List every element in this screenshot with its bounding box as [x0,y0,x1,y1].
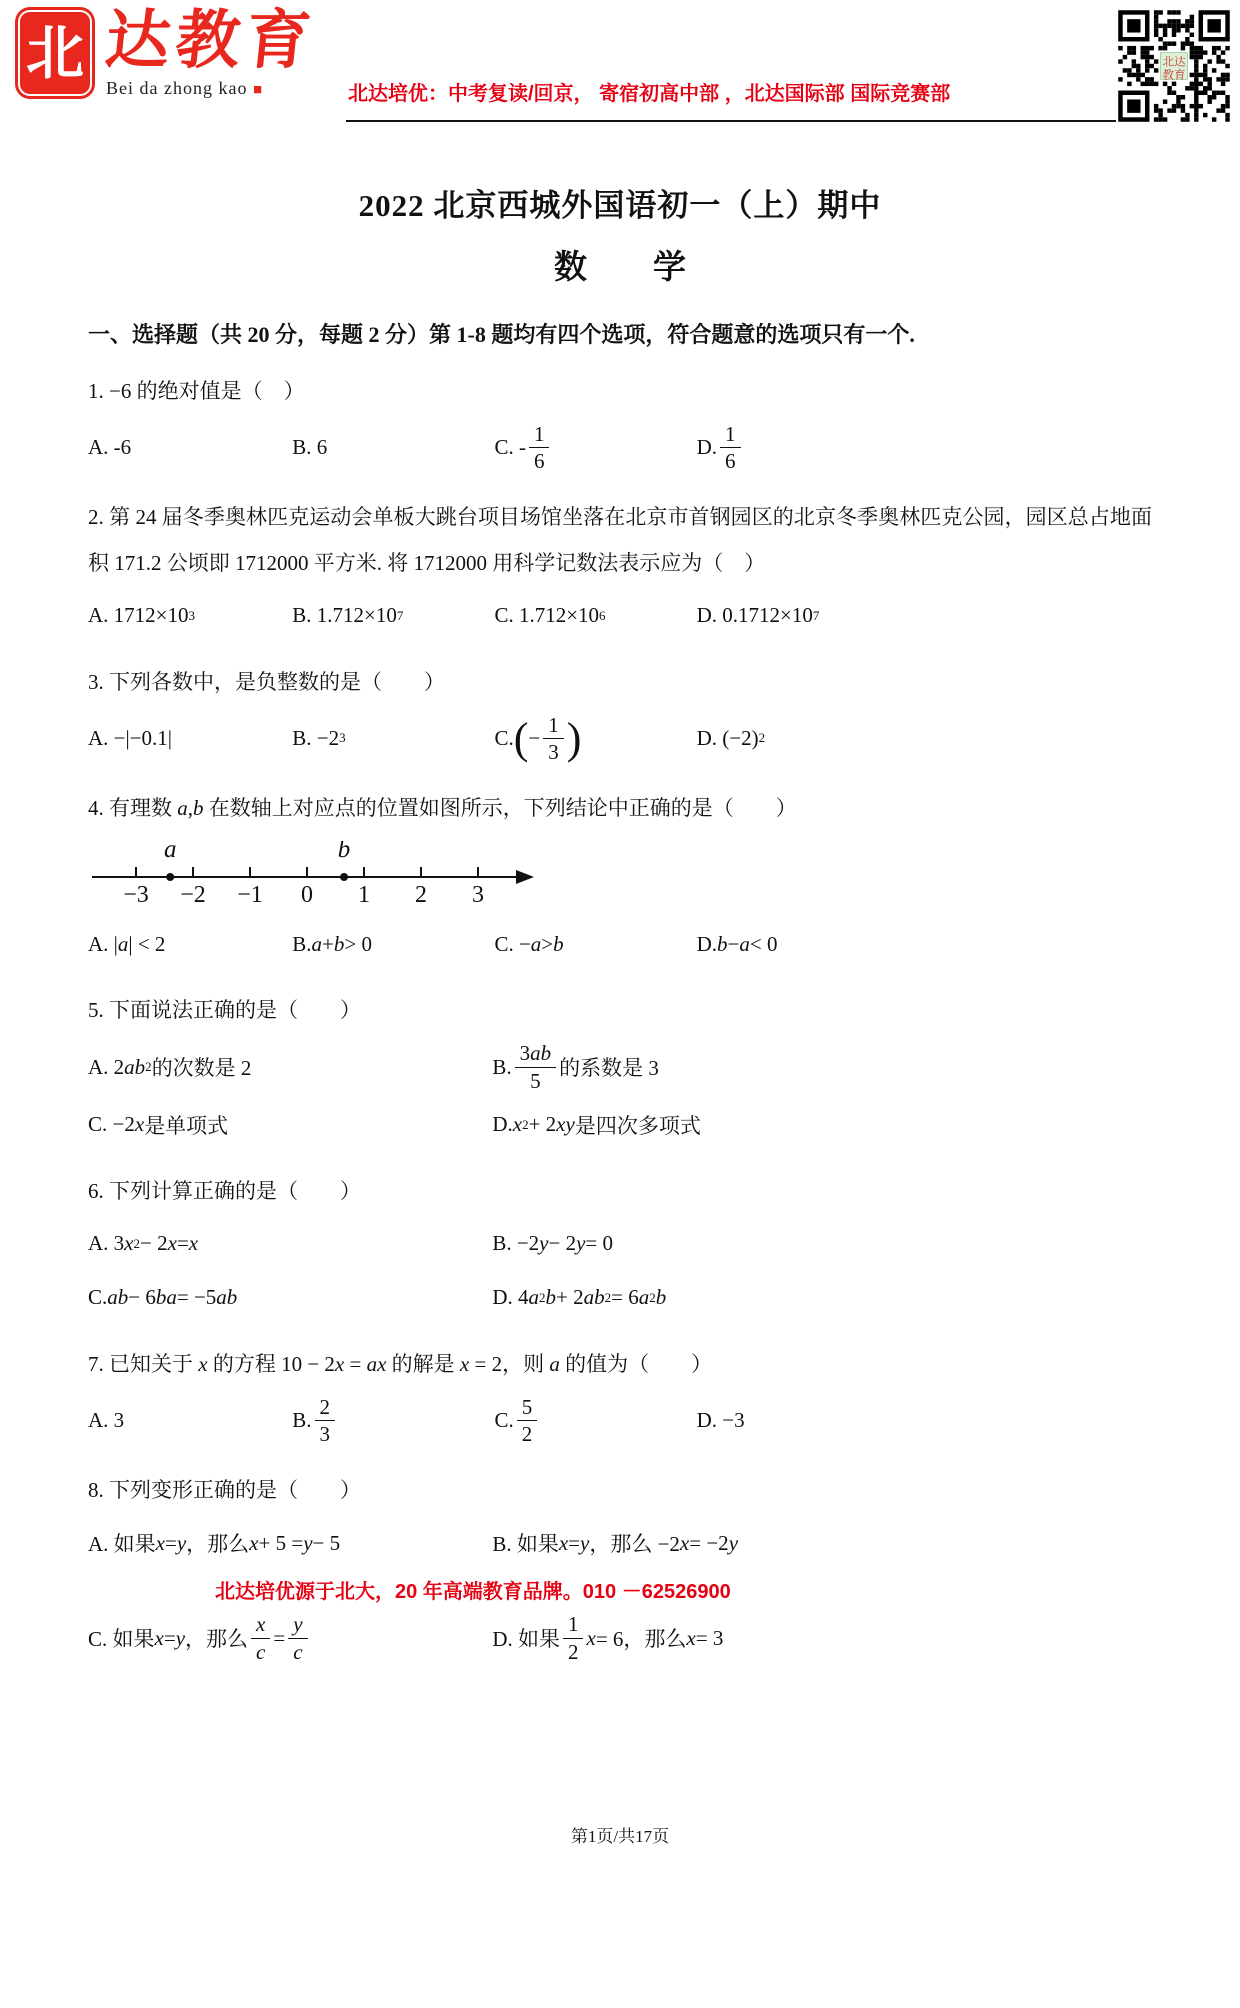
question-1-option-d: D. 16 [697,420,1152,475]
question-7-stem: 7. 已知关于 x 的方程 10 − 2x = ax 的解是 x = 2，则 a… [88,1342,1152,1387]
question-8-option-b: B. 如果 x = y，那么 −2x = −2y [492,1519,1152,1567]
question-7-option-c: C. 52 [494,1393,696,1448]
question-2-option-c: C. 1.712×106 [494,592,696,640]
question-6-option-b: B. −2y − 2y = 0 [492,1220,1152,1268]
question-2-option-a: A. 1712×103 [88,592,292,640]
question-6-options-row-1: A. 3x2 − 2x = x B. −2y − 2y = 0 [88,1220,1152,1268]
question-3-option-d: D. (−2)2 [697,714,1152,762]
question-1-options: A. -6 B. 6 C. - 16 D. 16 [88,420,1152,475]
svg-text:−3: −3 [123,882,149,908]
question-6-option-a: A. 3x2 − 2x = x [88,1220,492,1268]
question-2-option-d: D. 0.1712×107 [697,592,1152,640]
brand-name: 达教育 [102,6,319,76]
question-5-option-d: D. x2 + 2xy 是四次多项式 [492,1101,1152,1149]
question-8-option-a: A. 如果 x = y，那么 x + 5 = y − 5 [88,1519,492,1567]
question-2-stem: 2. 第 24 届冬季奥林匹克运动会单板大跳台项目场馆坐落在北京市首钢园区的北京… [88,495,1152,585]
question-2: 2. 第 24 届冬季奥林匹克运动会单板大跳台项目场馆坐落在北京市首钢园区的北京… [88,495,1152,639]
question-1: 1. −6 的绝对值是（ ） A. -6 B. 6 C. - 16 D. 16 [88,369,1152,475]
question-4-option-c: C. −a > b [494,920,696,968]
question-4-options: A. |a| < 2 B. a + b > 0 C. −a > b D. b −… [88,920,1152,968]
question-7-option-d: D. −3 [697,1397,1152,1445]
header-slogan: 北达培优：中考复读/回京， 寄宿初高中部 ，北达国际部 国际竞赛部 [348,77,1018,106]
svg-text:1: 1 [358,882,370,908]
question-5-stem: 5. 下面说法正确的是（ ） [88,988,1152,1033]
brand-logo: 北 达教育 Bei da zhong kao ■ [18,6,316,99]
question-4: 4. 有理数 a,b 在数轴上对应点的位置如图所示，下列结论中正确的是（ ） −… [88,786,1152,968]
exam-title: 2022 北京西城外国语初一（上）期中 [88,180,1152,225]
question-3-options: A. −|−0.1| B. −23 C. (−13) D. (−2)2 [88,711,1152,766]
svg-text:0: 0 [301,882,313,908]
brand-seal-icon: 北 [18,10,92,96]
svg-text:2: 2 [415,882,427,908]
question-3-option-c: C. (−13) [494,711,696,766]
question-8-options-row-2: C. 如果 x = y，那么 xc = yc D. 如果 12x = 6，那么 … [88,1610,1152,1665]
question-7: 7. 已知关于 x 的方程 10 − 2x = ax 的解是 x = 2，则 a… [88,1342,1152,1448]
question-4-option-a: A. |a| < 2 [88,920,292,968]
question-6-option-c: C. ab − 6ba = −5ab [88,1274,492,1322]
question-5: 5. 下面说法正确的是（ ） A. 2ab2 的次数是 2 B. 3ab5 的系… [88,988,1152,1148]
svg-text:b: b [338,841,351,863]
question-7-option-a: A. 3 [88,1397,292,1445]
question-4-option-b: B. a + b > 0 [292,920,494,968]
brand-square-icon: ■ [253,82,263,98]
question-7-option-b: B. 23 [292,1393,494,1448]
question-3: 3. 下列各数中，是负整数的是（ ） A. −|−0.1| B. −23 C. … [88,660,1152,766]
question-5-options-row-1: A. 2ab2 的次数是 2 B. 3ab5 的系数是 3 [88,1039,1152,1094]
svg-text:3: 3 [472,882,484,908]
question-3-option-b: B. −23 [292,714,494,762]
question-1-stem: 1. −6 的绝对值是（ ） [88,369,1152,414]
question-5-option-b: B. 3ab5 的系数是 3 [492,1039,1152,1094]
promo-banner: 北达培优源于北大，20 年高端教育品牌。010 －62526900 [215,1575,1152,1604]
exam-subject: 数 学 [88,241,1152,288]
exam-page: 2022 北京西城外国语初一（上）期中 数 学 一、选择题（共 20 分，每题 … [0,180,1240,1666]
question-8-option-c: C. 如果 x = y，那么 xc = yc [88,1610,492,1665]
question-8-stem: 8. 下列变形正确的是（ ） [88,1468,1152,1513]
question-5-option-c: C. −2x 是单项式 [88,1101,492,1149]
qr-code: 北达教育 [1116,8,1232,124]
question-1-option-c: C. - 16 [494,420,696,475]
header-divider [346,120,1118,122]
question-4-stem: 4. 有理数 a,b 在数轴上对应点的位置如图所示，下列结论中正确的是（ ） [88,786,1152,831]
question-5-options-row-2: C. −2x 是单项式 D. x2 + 2xy 是四次多项式 [88,1101,1152,1149]
question-6-stem: 6. 下列计算正确的是（ ） [88,1169,1152,1214]
question-6: 6. 下列计算正确的是（ ） A. 3x2 − 2x = x B. −2y − … [88,1169,1152,1322]
question-4-option-d: D. b − a < 0 [697,920,1152,968]
section-heading: 一、选择题（共 20 分，每题 2 分）第 1-8 题均有四个选项，符合题意的选… [88,318,1152,349]
question-8-option-d: D. 如果 12x = 6，那么 x = 3 [492,1610,1152,1665]
page-header: 北 达教育 Bei da zhong kao ■ 北达培优：中考复读/回京， 寄… [0,0,1240,122]
question-6-options-row-2: C. ab − 6ba = −5ab D. 4a2b + 2ab2 = 6a2b [88,1274,1152,1322]
question-8-options-row-1: A. 如果 x = y，那么 x + 5 = y − 5 B. 如果 x = y… [88,1519,1152,1567]
svg-text:−2: −2 [180,882,206,908]
brand-subtitle: Bei da zhong kao ■ [106,78,316,99]
question-3-option-a: A. −|−0.1| [88,714,292,762]
question-2-option-b: B. 1.712×107 [292,592,494,640]
question-2-options: A. 1712×103 B. 1.712×107 C. 1.712×106 D.… [88,592,1152,640]
svg-text:北达: 北达 [1162,55,1186,69]
number-line: −3−2−10123ab [88,841,1152,914]
question-8: 8. 下列变形正确的是（ ） A. 如果 x = y，那么 x + 5 = y … [88,1468,1152,1665]
question-7-options: A. 3 B. 23 C. 52 D. −3 [88,1393,1152,1448]
svg-text:教育: 教育 [1162,67,1185,81]
question-1-option-b: B. 6 [292,424,494,472]
svg-text:−1: −1 [237,882,263,908]
question-5-option-a: A. 2ab2 的次数是 2 [88,1043,492,1091]
svg-text:a: a [164,841,177,863]
question-1-option-a: A. -6 [88,424,292,472]
number-line-figure: −3−2−10123ab [88,841,1152,914]
question-3-stem: 3. 下列各数中，是负整数的是（ ） [88,660,1152,705]
page-number: 第1页/共17页 [0,1822,1240,1847]
question-6-option-d: D. 4a2b + 2ab2 = 6a2b [492,1274,1152,1322]
